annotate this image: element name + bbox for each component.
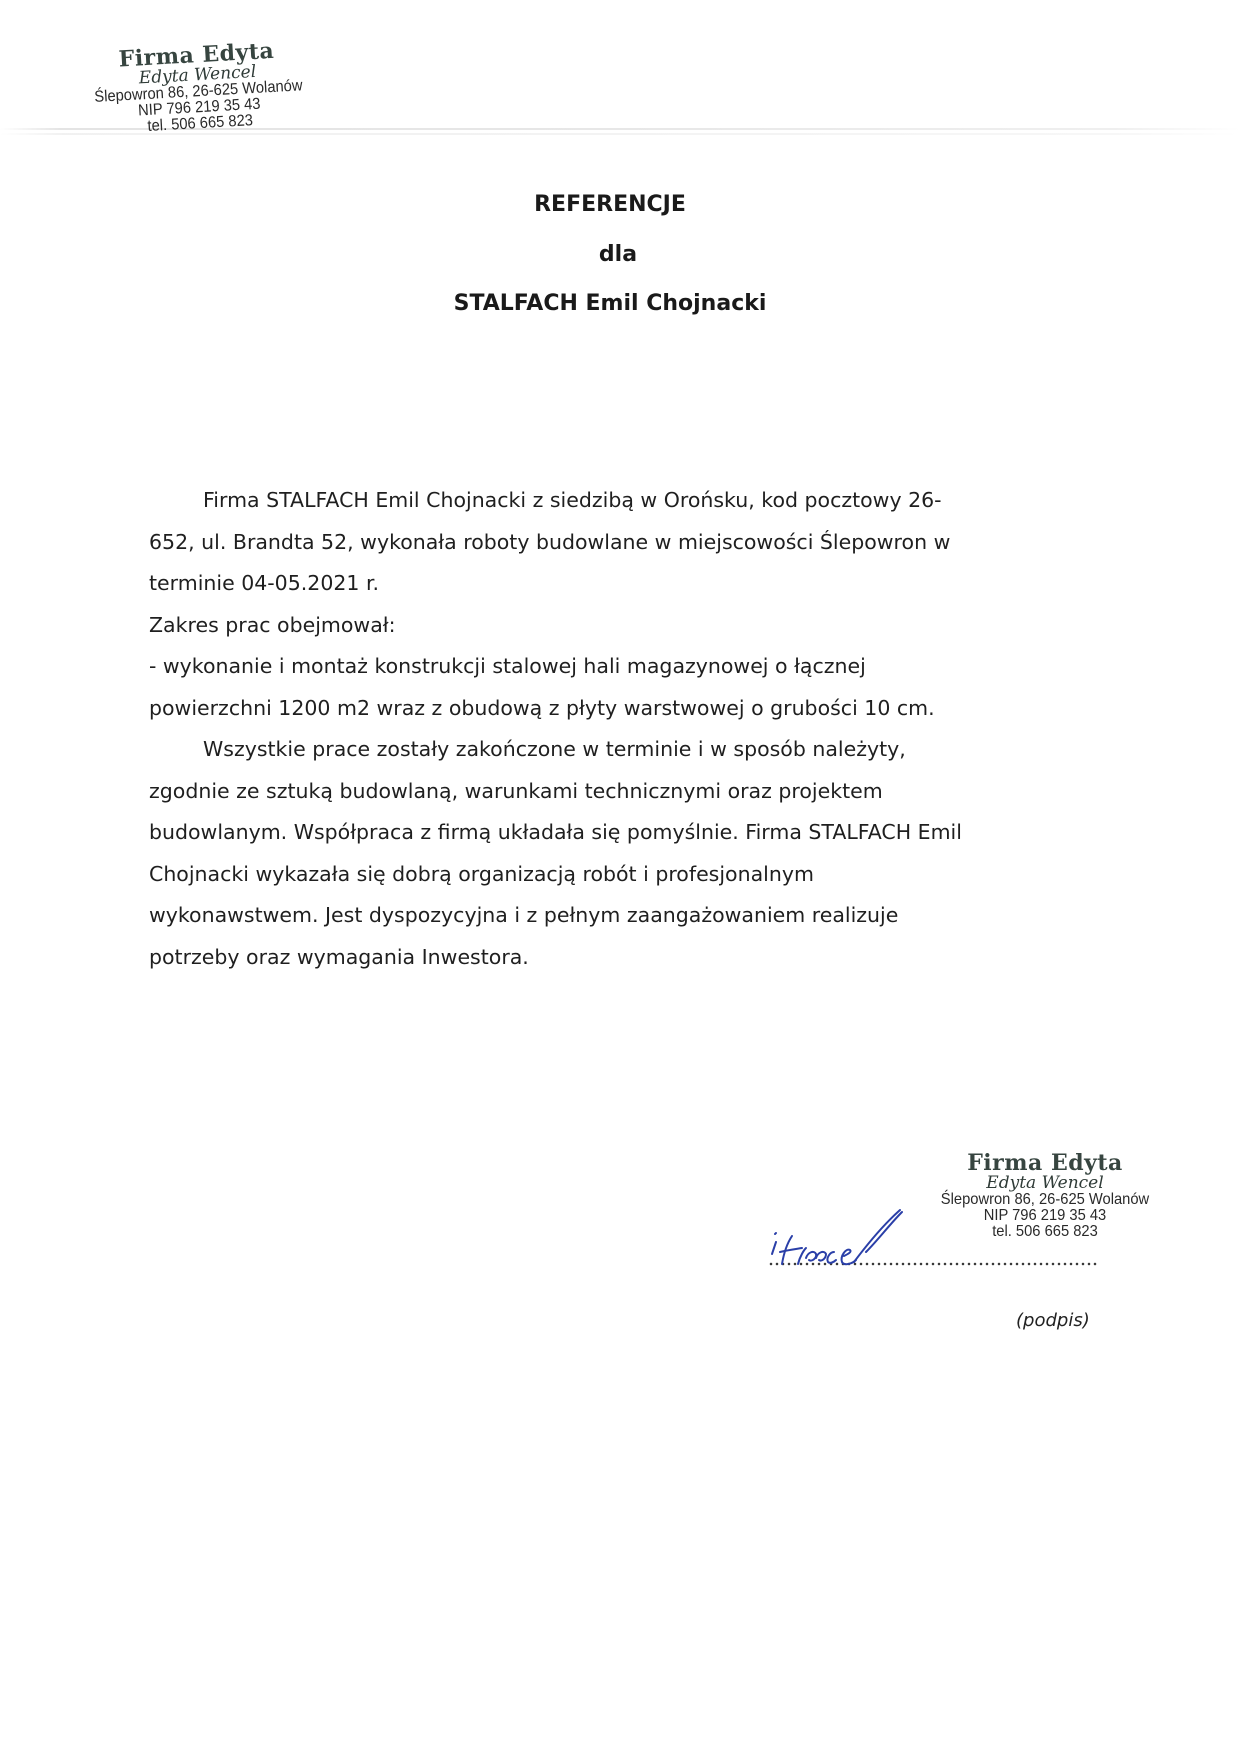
body-line: zgodnie ze sztuką budowlaną, warunkami t… [149,771,1079,813]
body-line: Chojnacki wykazała się dobrą organizacją… [149,854,1079,896]
recipient-company: STALFACH Emil Chojnacki [0,291,1230,316]
handwritten-signature [762,1206,942,1276]
body-line: - wykonanie i montaż konstrukcji stalowe… [149,646,1079,688]
body-line: Zakres prac obejmował: [149,605,1079,647]
stamp-address: Ślepowron 86, 26-625 Wolanów [916,1192,1174,1208]
body-line: terminie 04-05.2021 r. [149,563,1079,605]
body-line: wykonawstwem. Jest dyspozycyjna i z pełn… [149,895,1079,937]
document-subtitle-for: dla [0,242,1238,267]
body-line: powierzchni 1200 m2 wraz z obudową z pły… [149,688,1079,730]
company-stamp-header: Firma Edyta Edyta Wencel Ślepowron 86, 2… [56,36,340,139]
stamp-phone: tel. 506 665 823 [916,1224,1174,1240]
scan-artifact-line [0,133,1240,135]
stamp-firm-name: Firma Edyta [905,1152,1185,1174]
reference-body: Firma STALFACH Emil Chojnacki z siedzibą… [149,480,1079,978]
company-stamp-signature: Firma Edyta Edyta Wencel Ślepowron 86, 2… [905,1152,1185,1240]
body-line: potrzeby oraz wymagania Inwestora. [149,937,1079,979]
body-line: 652, ul. Brandta 52, wykonała roboty bud… [149,522,1079,564]
stamp-owner: Edyta Wencel [905,1175,1185,1192]
body-line: Firma STALFACH Emil Chojnacki z siedzibą… [149,480,1079,522]
stamp-nip: NIP 796 219 35 43 [916,1208,1174,1224]
body-line: Wszystkie prace zostały zakończone w ter… [149,729,1079,771]
body-line: budowlanym. Współpraca z firmą układała … [149,812,1079,854]
document-title: REFERENCJE [0,192,1230,217]
signature-caption: (podpis) [1016,1310,1090,1331]
